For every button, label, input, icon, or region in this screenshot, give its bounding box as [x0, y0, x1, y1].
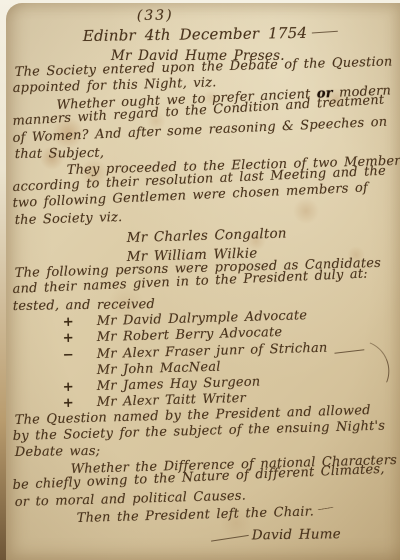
- motion-debated: Whether ought we to prefer ancient or mo…: [15, 98, 396, 164]
- pen-flourish-icon: [312, 30, 338, 33]
- manuscript-page: (33) Edinbr 4th December 1754 Mr David H…: [6, 3, 400, 560]
- paragraph-election: They proceeded to the Election of two Me…: [15, 163, 396, 229]
- candidate-list: +Mr David Dalrymple Advocate +Mr Robert …: [15, 315, 396, 412]
- signature: David Hume: [211, 525, 396, 547]
- pen-flourish-icon: [211, 535, 249, 542]
- scan-background: (33) Edinbr 4th December 1754 Mr David H…: [0, 0, 400, 560]
- vote-marker: [63, 363, 97, 380]
- vote-marker: +: [63, 331, 97, 348]
- dateline: Edinbr 4th December 1754: [83, 22, 396, 47]
- pen-flourish-icon: [333, 334, 365, 354]
- pen-flourish-icon: [318, 507, 334, 511]
- vote-marker: +: [63, 314, 97, 331]
- signature-text: David Hume: [252, 527, 341, 544]
- vote-marker: −: [63, 347, 97, 364]
- minute-entry: (33) Edinbr 4th December 1754 Mr David H…: [6, 3, 400, 546]
- dateline-text: Edinbr 4th December 1754: [83, 24, 308, 45]
- vote-marker: +: [63, 379, 97, 396]
